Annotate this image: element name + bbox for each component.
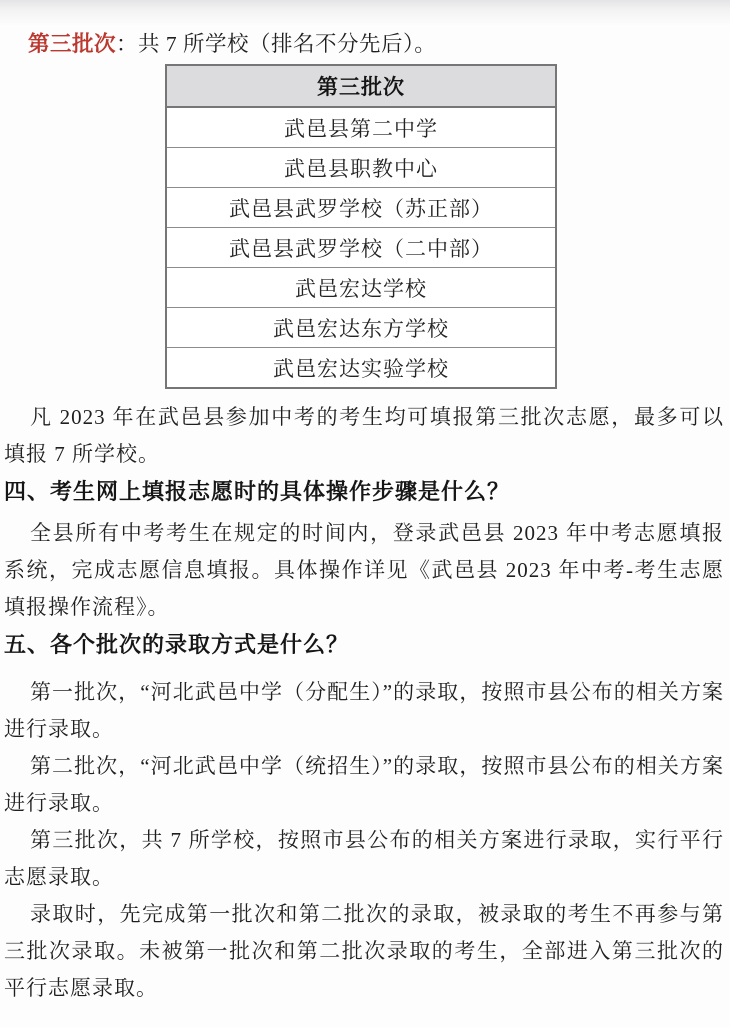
paragraph-eligibility: 凡 2023 年在武邑县参加中考的考生均可填报第三批次志愿，最多可以填报 7 所…: [4, 399, 724, 473]
table-row: 武邑宏达实验学校: [166, 348, 556, 389]
table-header-cell: 第三批次: [166, 65, 556, 107]
table-row: 武邑县武罗学校（二中部）: [166, 228, 556, 268]
school-cell-6: 武邑宏达东方学校: [166, 308, 556, 348]
intro-separator: ：: [116, 32, 138, 56]
school-cell-3: 武邑县武罗学校（苏正部）: [166, 188, 556, 228]
school-cell-5: 武邑宏达学校: [166, 268, 556, 308]
third-batch-schools-table: 第三批次 武邑县第二中学 武邑县职教中心 武邑县武罗学校（苏正部） 武邑县武罗学…: [165, 64, 557, 389]
paragraph-batch-3-admission: 第三批次，共 7 所学校，按照市县公布的相关方案进行录取，实行平行志愿录取。: [4, 822, 724, 896]
table-row: 武邑县职教中心: [166, 148, 556, 188]
paragraph-batch-2-admission: 第二批次，“河北武邑中学（统招生）”的录取，按照市县公布的相关方案进行录取。: [4, 748, 724, 822]
table-row: 武邑县第二中学: [166, 107, 556, 148]
school-cell-7: 武邑宏达实验学校: [166, 348, 556, 389]
school-cell-2: 武邑县职教中心: [166, 148, 556, 188]
table-row: 武邑县武罗学校（苏正部）: [166, 188, 556, 228]
table-body: 武邑县第二中学 武邑县职教中心 武邑县武罗学校（苏正部） 武邑县武罗学校（二中部…: [166, 107, 556, 388]
document-page: 第三批次：共 7 所学校（排名不分先后）。 第三批次 武邑县第二中学 武邑县职教…: [0, 0, 730, 1027]
intro-text: 共 7 所学校（排名不分先后）。: [138, 32, 436, 56]
table-header-row: 第三批次: [166, 65, 556, 107]
school-cell-4: 武邑县武罗学校（二中部）: [166, 228, 556, 268]
section-heading-5: 五、各个批次的录取方式是什么？: [4, 626, 724, 664]
table-row: 武邑宏达学校: [166, 268, 556, 308]
table-head: 第三批次: [166, 65, 556, 107]
section-heading-4: 四、考生网上填报志愿时的具体操作步骤是什么？: [4, 473, 724, 511]
paragraph-batch-1-admission: 第一批次，“河北武邑中学（分配生）”的录取，按照市县公布的相关方案进行录取。: [4, 674, 724, 748]
intro-line: 第三批次：共 7 所学校（排名不分先后）。: [4, 31, 724, 57]
paragraph-online-filing: 全县所有中考考生在规定的时间内，登录武邑县 2023 年中考志愿填报系统，完成志…: [4, 515, 724, 626]
school-cell-1: 武邑县第二中学: [166, 107, 556, 148]
table-row: 武邑宏达东方学校: [166, 308, 556, 348]
batch-label-red: 第三批次: [28, 32, 116, 56]
page-top-edge-shadow: [0, 0, 730, 26]
paragraph-admission-order: 录取时，先完成第一批次和第二批次的录取，被录取的考生不再参与第三批次录取。未被第…: [4, 896, 724, 1007]
